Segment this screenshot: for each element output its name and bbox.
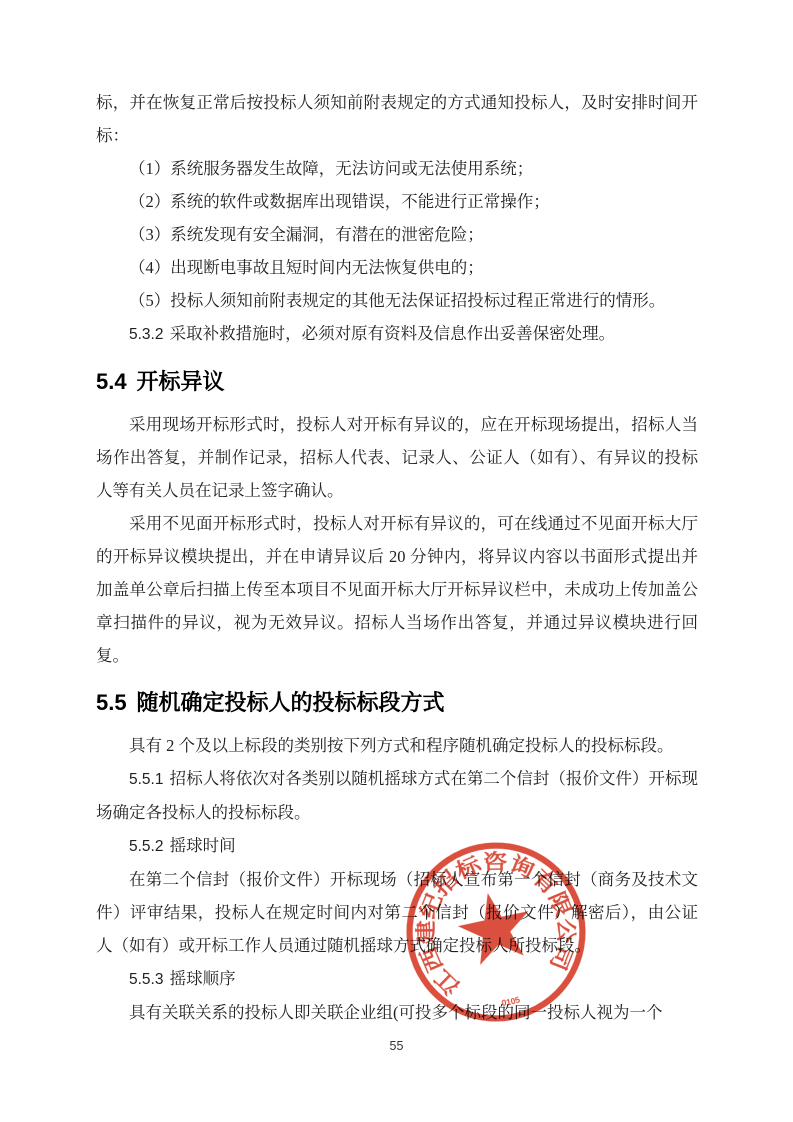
list-item-4: （4）出现断电事故且短时间内无法恢复供电的； (96, 251, 698, 284)
list-item-1: （1）系统服务器发生故障，无法访问或无法使用系统； (96, 152, 698, 185)
paragraph-onsite-objection: 采用现场开标形式时，投标人对开标有异议的，应在开标现场提出，招标人当场作出答复，… (96, 408, 698, 507)
section-number: 5.4 (96, 369, 127, 394)
paragraph-5-5-3-body: 具有关联关系的投标人即关联企业组(可投多个标段的同一投标人视为一个 (96, 996, 698, 1029)
paragraph-5-5-intro: 具有 2 个及以上标段的类别按下列方式和程序随机确定投标人的投标标段。 (96, 729, 698, 762)
document-page: 标，并在恢复正常后按投标人须知前附表规定的方式通知投标人，及时安排时间开标： （… (0, 0, 793, 1122)
document-body: 标，并在恢复正常后按投标人须知前附表规定的方式通知投标人，及时安排时间开标： （… (96, 86, 698, 1029)
paragraph-5-3-2: 5.3.2采取补救措施时，必须对原有资料及信息作出妥善保密处理。 (96, 317, 698, 351)
paragraph-5-5-3-title: 5.5.3摇球顺序 (96, 962, 698, 996)
list-item-5: （5）投标人须知前附表规定的其他无法保证招投标过程正常进行的情形。 (96, 284, 698, 317)
section-title: 开标异议 (136, 369, 224, 394)
paragraph-remote-objection: 采用不见面开标形式时，投标人对开标有异议的，可在线通过不见面开标大厅的开标异议模… (96, 507, 698, 672)
clause-number: 5.3.2 (129, 326, 163, 343)
paragraph-continuation: 标，并在恢复正常后按投标人须知前附表规定的方式通知投标人，及时安排时间开标： (96, 86, 698, 152)
clause-number: 5.5.2 (129, 838, 163, 855)
clause-text: 采取补救措施时，必须对原有资料及信息作出妥善保密处理。 (170, 324, 616, 343)
clause-number: 5.5.1 (129, 771, 163, 788)
clause-text: 摇球时间 (170, 836, 236, 855)
paragraph-5-5-2-title: 5.5.2摇球时间 (96, 829, 698, 863)
clause-text: 招标人将依次对各类别以随机摇球方式在第二个信封（报价文件）开标现场确定各投标人的… (96, 769, 698, 822)
section-heading-5-5: 5.5随机确定投标人的投标标段方式 (96, 687, 698, 719)
page-number: 55 (0, 1039, 793, 1053)
section-title: 随机确定投标人的投标标段方式 (136, 690, 444, 715)
list-item-3: （3）系统发现有安全漏洞，有潜在的泄密危险； (96, 218, 698, 251)
section-number: 5.5 (96, 690, 127, 715)
list-item-2: （2）系统的软件或数据库出现错误，不能进行正常操作； (96, 185, 698, 218)
paragraph-5-5-2-body: 在第二个信封（报价文件）开标现场（招标人宣布第一个信封（商务及技术文件）评审结果… (96, 863, 698, 962)
section-heading-5-4: 5.4开标异议 (96, 366, 698, 398)
clause-text: 摇球顺序 (170, 969, 236, 988)
clause-number: 5.5.3 (129, 971, 163, 988)
paragraph-5-5-1: 5.5.1招标人将依次对各类别以随机摇球方式在第二个信封（报价文件）开标现场确定… (96, 762, 698, 829)
